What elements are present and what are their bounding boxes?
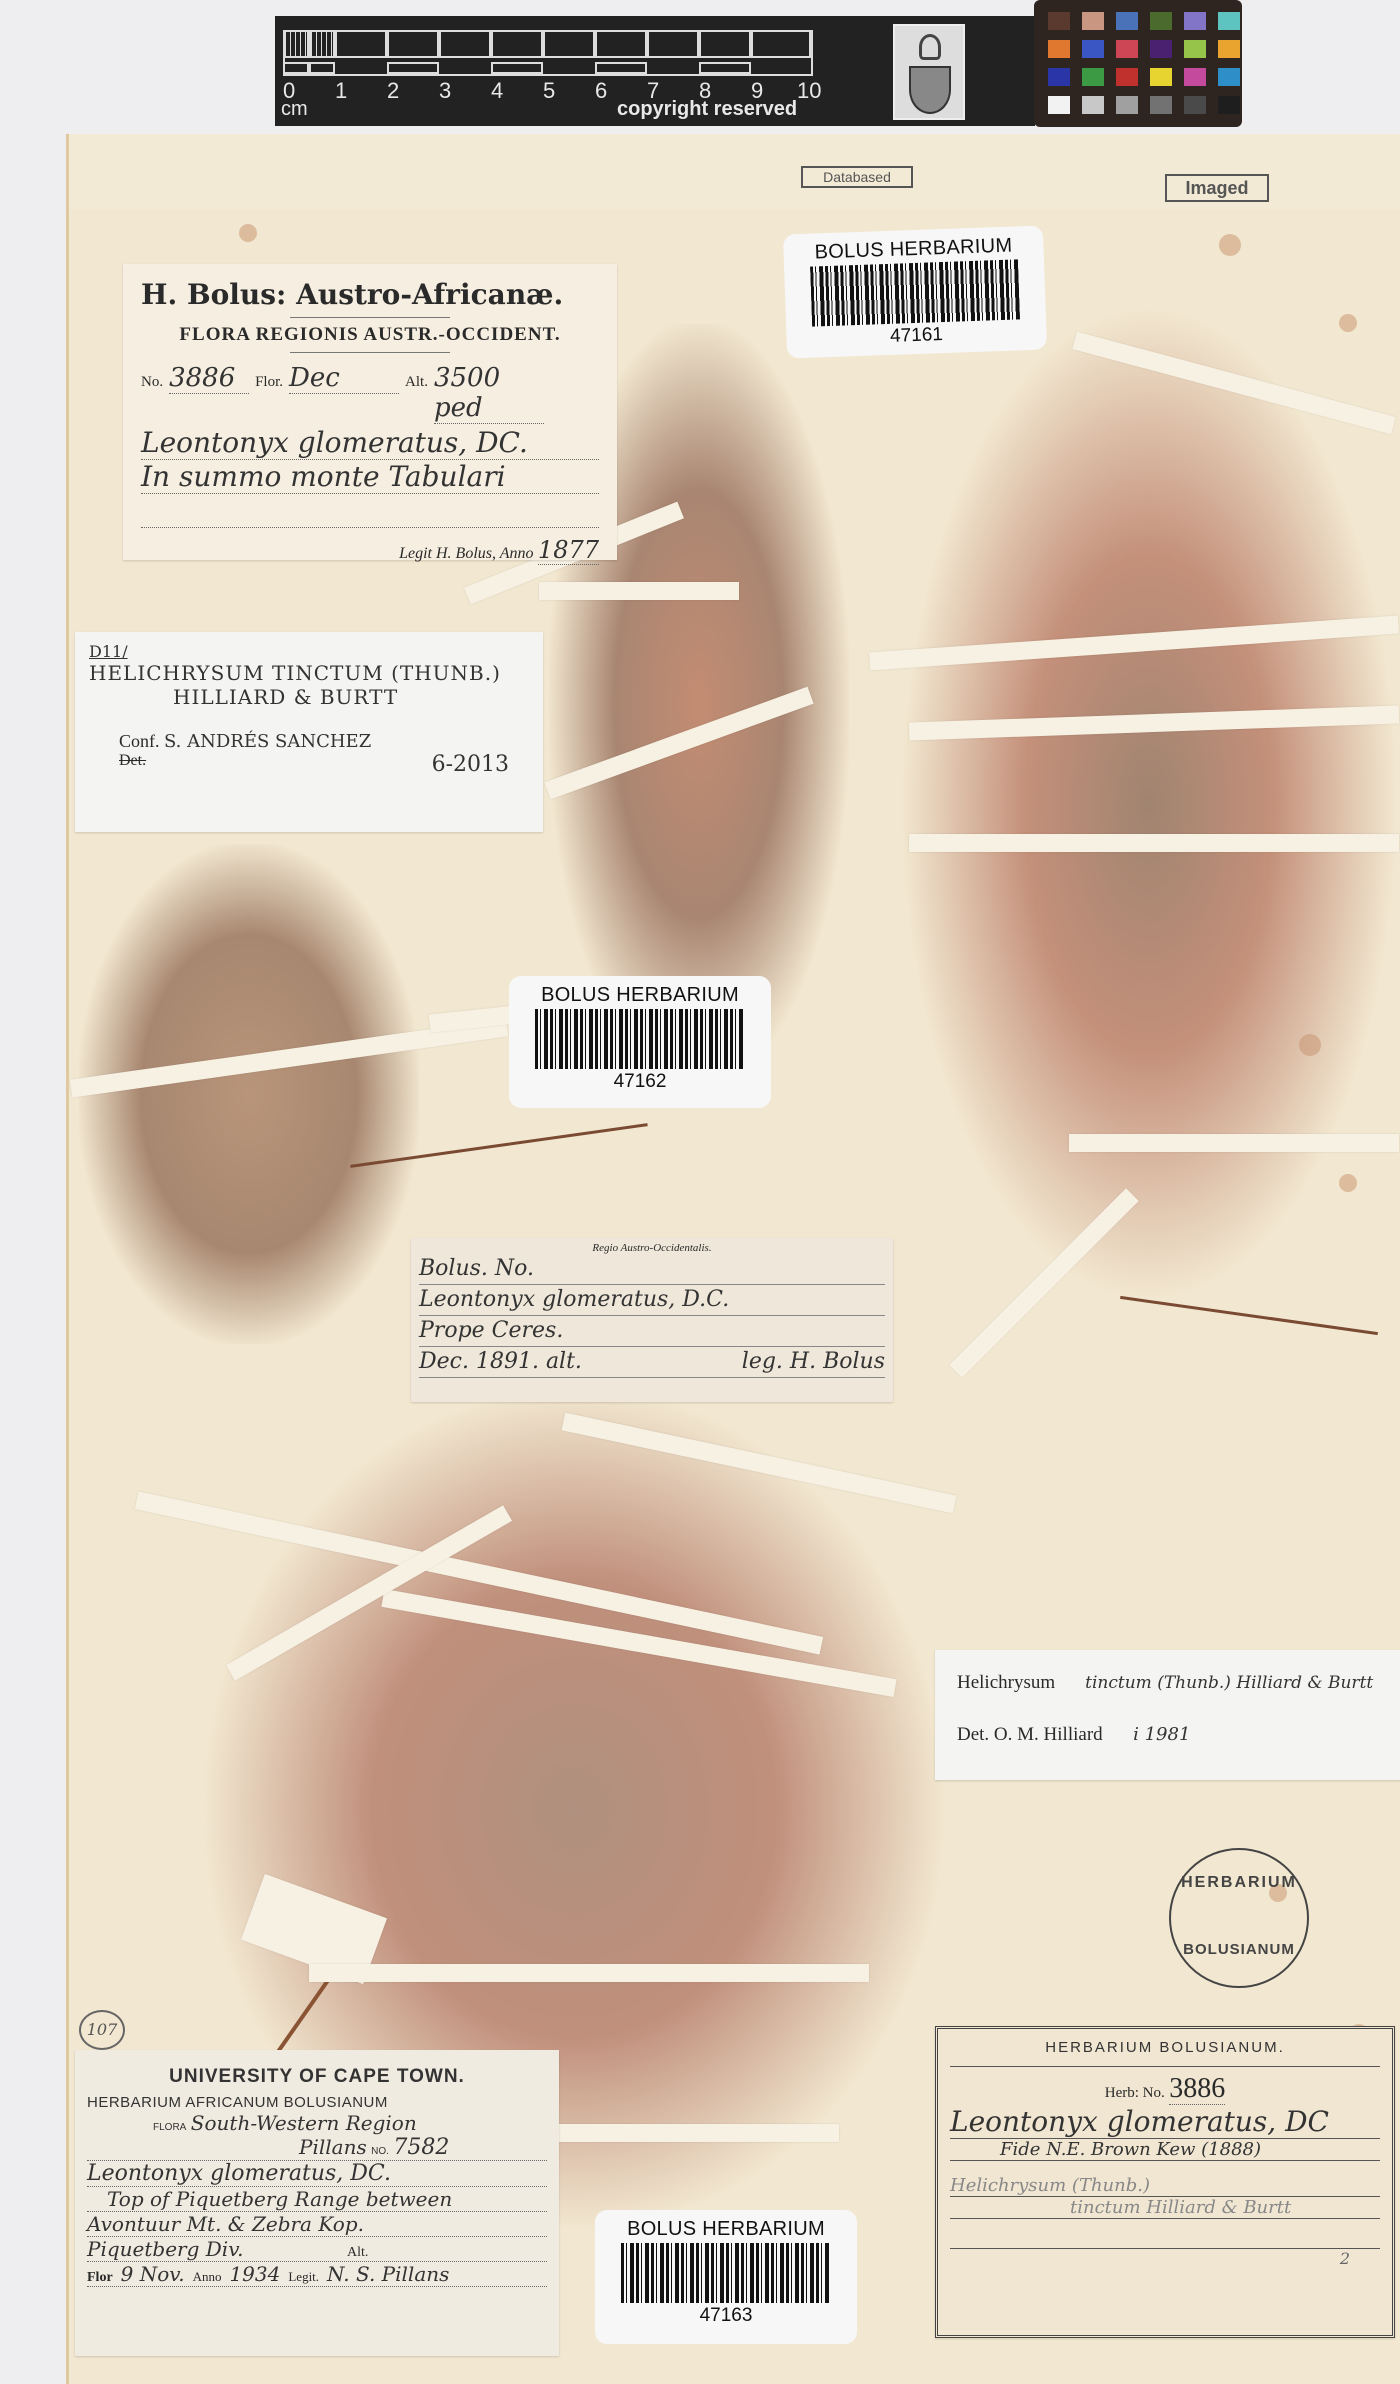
herb-no-value: 3886 <box>1169 2073 1225 2105</box>
species-name: Leontonyx glomeratus, DC. <box>141 426 599 460</box>
species-authority: tinctum (Thunb.) Hilliard & Burtt <box>1085 1673 1373 1693</box>
color-swatch <box>1082 96 1104 114</box>
blank-line <box>141 494 599 528</box>
color-swatch <box>1218 96 1240 114</box>
det-date: i 1981 <box>1133 1724 1190 1745</box>
legit-text: Legit H. Bolus, Anno <box>399 545 533 562</box>
scale-ticks <box>283 30 813 74</box>
color-swatch <box>1116 96 1138 114</box>
mounting-tape <box>539 582 739 600</box>
det-name: Det. O. M. Hilliard <box>957 1724 1103 1745</box>
color-swatch <box>1048 96 1070 114</box>
plant-root <box>1120 1296 1378 1335</box>
det-row: Det. 6-2013 <box>89 752 529 777</box>
stamp-top-text: HERBARIUM <box>1171 1874 1307 1892</box>
locality-2: Avontuur Mt. & Zebra Kop. <box>87 2212 547 2237</box>
locality-3-row: Piquetberg Div. Alt. <box>87 2237 547 2262</box>
scale-num: 4 <box>491 78 503 104</box>
label-herbarium-bolusianum: HERBARIUM BOLUSIANUM. Herb: No. 3886 Leo… <box>935 2026 1395 2338</box>
no-label: No. <box>141 374 163 391</box>
number-row: Pillans NO. 7582 <box>87 2135 547 2161</box>
color-swatch <box>1150 68 1172 86</box>
color-swatch <box>1184 68 1206 86</box>
scale-num: 6 <box>595 78 607 104</box>
legit-value: N. S. Pillans <box>327 2262 449 2286</box>
color-swatch <box>1048 40 1070 58</box>
species-name: Leontonyx glomeratus, DC. <box>87 2161 547 2187</box>
species-name: Leontonyx glomeratus, DC <box>950 2105 1380 2139</box>
flora-value: South-Western Region <box>191 2111 417 2135</box>
det-line-2: HILLIARD & BURTT <box>89 685 529 709</box>
label-header: Regio Austro-Occidentalis. <box>419 1242 885 1254</box>
legit-year: 1877 <box>538 536 599 565</box>
label-uct-1934: UNIVERSITY OF CAPE TOWN. HERBARIUM AFRIC… <box>75 2050 559 2356</box>
color-swatch <box>1082 40 1104 58</box>
color-swatch <box>1116 40 1138 58</box>
stain <box>1219 234 1241 256</box>
scale-num: 5 <box>543 78 555 104</box>
flor-row: Flor 9 Nov. Anno 1934 Legit. N. S. Pilla… <box>87 2262 547 2287</box>
mounting-tape <box>309 1964 869 1982</box>
scale-num: 1 <box>335 78 347 104</box>
color-swatch <box>1184 40 1206 58</box>
herbarium-round-stamp: HERBARIUM BOLUSIANUM <box>1169 1848 1309 1988</box>
barcode-label: BOLUS HERBARIUM 47161 <box>783 226 1047 359</box>
color-swatch <box>1184 96 1206 114</box>
det-row: Det. O. M. Hilliard i 1981 <box>957 1724 1383 1746</box>
shield-icon <box>909 66 951 114</box>
herb-no-label: Herb: No. <box>1105 2085 1165 2101</box>
flor-label: Flor. <box>255 374 283 391</box>
label-subtitle: HERBARIUM AFRICANUM BOLUSIANUM <box>87 2094 547 2111</box>
conf-row: Conf. S. ANDRÉS SANCHEZ <box>89 731 529 752</box>
mounting-tape <box>1069 1134 1399 1152</box>
label-confirmation-2013: D11/ HELICHRYSUM TINCTUM (THUNB.) HILLIA… <box>75 632 543 832</box>
label-title: HERBARIUM BOLUSIANUM. <box>950 2039 1380 2067</box>
locality-1: Top of Piquetberg Range between <box>87 2187 547 2212</box>
color-swatch <box>1184 12 1206 30</box>
locality-3: Piquetberg Div. <box>87 2237 347 2261</box>
barcode-number: 47162 <box>509 1071 771 1093</box>
barcode-bars <box>621 2243 831 2303</box>
herb-no-row: Herb: No. 3886 <box>950 2073 1380 2105</box>
flor-value: 9 Nov. <box>121 2262 185 2286</box>
date-alt: Dec. 1891. alt. <box>419 1347 582 1377</box>
barcode-label: BOLUS HERBARIUM 47163 <box>595 2210 857 2344</box>
legit-row: Legit H. Bolus, Anno 1877 <box>141 536 599 564</box>
barcode-bars <box>535 1009 745 1069</box>
conf-date: 6-2013 <box>432 752 509 777</box>
anno-label: Anno <box>193 2269 222 2285</box>
conf-name: S. ANDRÉS SANCHEZ <box>164 731 371 752</box>
color-swatch <box>1082 68 1104 86</box>
alt-label: Alt. <box>347 2245 368 2261</box>
color-swatch <box>1150 96 1172 114</box>
date-row: Dec. 1891. alt. leg. H. Bolus <box>419 1347 885 1378</box>
alt-value: 3500 ped <box>434 363 544 424</box>
no-value: 3886 <box>169 363 249 394</box>
barcode-title: BOLUS HERBARIUM <box>595 2218 857 2241</box>
alt-label: Alt. <box>405 374 428 391</box>
university-crest-icon <box>893 24 965 120</box>
no-label: NO. <box>371 2146 389 2157</box>
databased-stamp: Databased <box>801 166 913 188</box>
color-swatch <box>1218 68 1240 86</box>
scale-unit: cm <box>281 98 308 121</box>
stamp-bottom-text: BOLUSIANUM <box>1171 1941 1307 1958</box>
blank-line <box>950 2219 1380 2249</box>
scale-num: 10 <box>797 78 821 104</box>
pencil-det-1: Helichrysum (Thunb.) <box>950 2175 1380 2197</box>
lamp-icon <box>919 34 941 60</box>
plant-specimen <box>79 844 419 1344</box>
color-swatch <box>1218 12 1240 30</box>
color-swatch <box>1048 68 1070 86</box>
scale-num: 2 <box>387 78 399 104</box>
no-value: 7582 <box>393 2135 449 2160</box>
label-title: UNIVERSITY OF CAPE TOWN. <box>87 2066 547 2088</box>
pencil-number: 107 <box>79 2010 125 2050</box>
mounting-tape <box>909 834 1399 852</box>
barcode-title: BOLUS HERBARIUM <box>509 984 771 1007</box>
divider <box>290 317 450 318</box>
det-name-row: Helichrysum tinctum (Thunb.) Hilliard & … <box>957 1672 1383 1694</box>
det-struck: Det. <box>119 752 146 777</box>
barcode-label: BOLUS HERBARIUM 47162 <box>509 976 771 1108</box>
corner-number: 2 <box>950 2249 1380 2268</box>
flor-value: Dec <box>289 363 399 394</box>
legit-label: Legit. <box>288 2269 319 2285</box>
label-code: D11/ <box>89 642 529 661</box>
copyright-text: copyright reserved <box>617 98 797 121</box>
flor-label: Flor <box>87 2270 113 2286</box>
herbarium-sheet: Databased Imaged BOLUS HERBARIUM 47161 H… <box>66 134 1400 2384</box>
genus: Helichrysum <box>957 1672 1055 1694</box>
flora-label: FLORA <box>153 2122 186 2133</box>
legit: leg. H. Bolus <box>742 1347 885 1377</box>
label-subheader: FLORA REGIONIS AUSTR.-OCCIDENT. <box>141 324 599 346</box>
locality: Prope Ceres. <box>419 1316 885 1347</box>
scale-num: 3 <box>439 78 451 104</box>
conf-label: Conf. <box>119 731 160 751</box>
det-line-1: HELICHRYSUM TINCTUM (THUNB.) <box>89 661 529 685</box>
species-name: Leontonyx glomeratus, D.C. <box>419 1285 885 1316</box>
stain <box>239 224 257 242</box>
label-header: H. Bolus: Austro-Africanæ. <box>141 278 599 311</box>
scale-bar: 0 1 2 3 4 5 6 7 8 9 10 cm copyright rese… <box>275 16 1035 126</box>
plant-specimen <box>899 304 1399 1304</box>
collector-name: Pillans <box>299 2135 367 2159</box>
stain <box>1339 314 1357 332</box>
color-swatch <box>1048 12 1070 30</box>
label-det-hilliard-1981: Helichrysum tinctum (Thunb.) Hilliard & … <box>935 1650 1400 1780</box>
divider <box>290 352 450 353</box>
color-swatch <box>1082 12 1104 30</box>
barcode-number: 47163 <box>595 2305 857 2327</box>
collector-line: Bolus. No. <box>419 1254 885 1285</box>
color-swatch <box>1150 40 1172 58</box>
fide-line: Fide N.E. Brown Kew (1888) <box>950 2139 1380 2161</box>
color-checker-chart <box>1034 0 1242 127</box>
label-row: No. 3886 Flor. Dec Alt. 3500 ped <box>141 363 599 424</box>
imaged-stamp: Imaged <box>1165 174 1269 202</box>
label-bolus-1877: H. Bolus: Austro-Africanæ. FLORA REGIONI… <box>123 264 617 560</box>
anno-value: 1934 <box>229 2262 280 2286</box>
color-swatch <box>1150 12 1172 30</box>
label-bolus-1891: Regio Austro-Occidentalis. Bolus. No. Le… <box>411 1238 893 1402</box>
pencil-det-2: tinctum Hilliard & Burtt <box>950 2197 1380 2219</box>
barcode-bars <box>810 259 1020 326</box>
flora-row: FLORA South-Western Region <box>87 2111 547 2135</box>
color-swatch <box>1116 12 1138 30</box>
locality: In summo monte Tabulari <box>141 460 599 494</box>
color-swatch <box>1218 40 1240 58</box>
color-swatch <box>1116 68 1138 86</box>
